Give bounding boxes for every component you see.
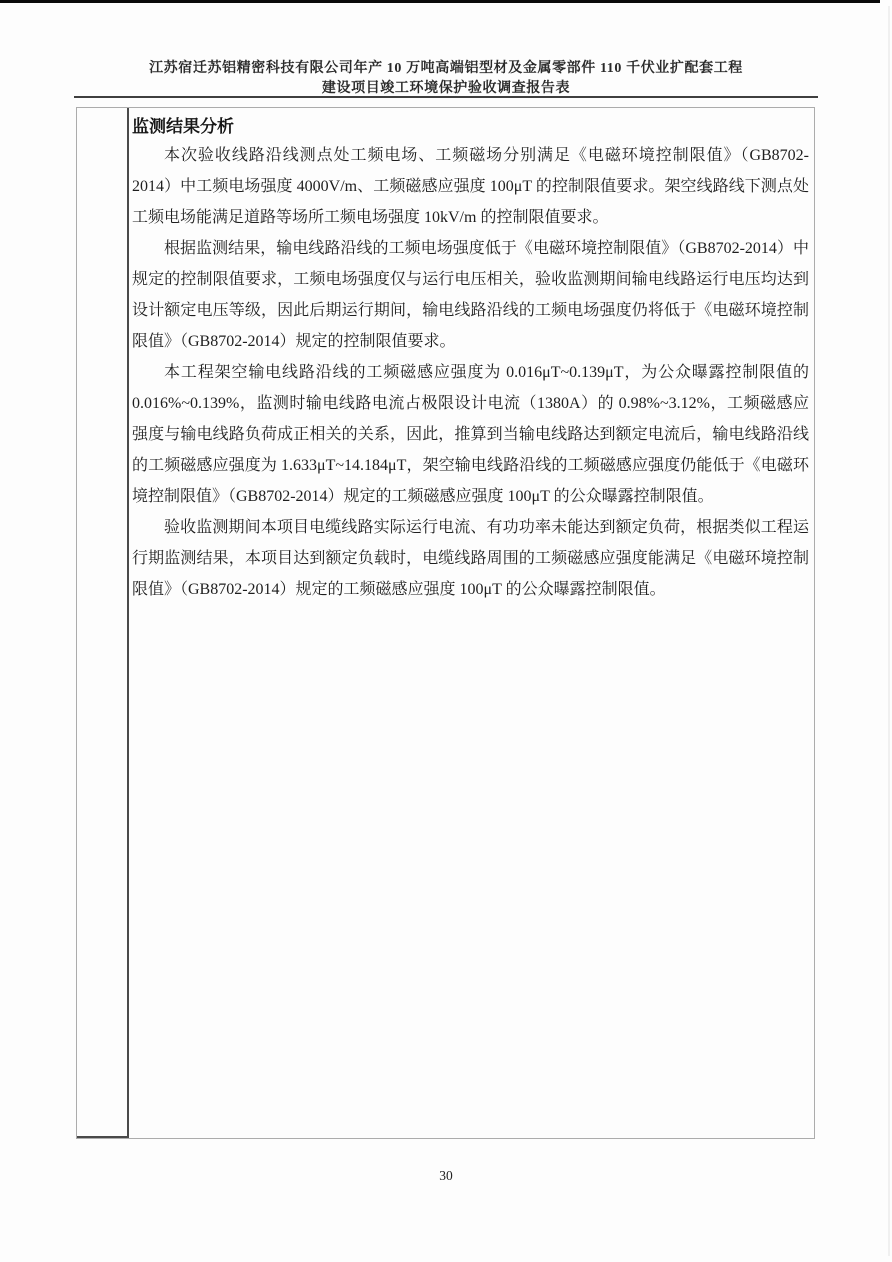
paragraph-electric-field-compliance: 本次验收线路沿线测点处工频电场、工频磁场分别满足《电磁环境控制限值》（GB870… bbox=[132, 140, 809, 233]
header-title-line1: 江苏宿迁苏铝精密科技有限公司年产 10 万吨高端铝型材及金属零部件 110 千伏… bbox=[0, 59, 892, 79]
document-header: 江苏宿迁苏铝精密科技有限公司年产 10 万吨高端铝型材及金属零部件 110 千伏… bbox=[0, 59, 892, 99]
header-divider-rule bbox=[74, 96, 818, 98]
section-heading: 监测结果分析 bbox=[132, 114, 809, 140]
page-number: 30 bbox=[0, 1168, 892, 1184]
document-page: 江苏宿迁苏铝精密科技有限公司年产 10 万吨高端铝型材及金属零部件 110 千伏… bbox=[0, 0, 892, 1262]
scan-artifact-right-edge bbox=[888, 6, 890, 1256]
paragraph-cable-line-rated-load: 验收监测期间本项目电缆线路实际运行电流、有功功率未能达到额定负荷，根据类似工程运… bbox=[132, 512, 809, 605]
report-table: 监测结果分析 本次验收线路沿线测点处工频电场、工频磁场分别满足《电磁环境控制限值… bbox=[76, 107, 815, 1139]
paragraph-magnetic-induction-overhead-line: 本工程架空输电线路沿线的工频磁感应强度为 0.016μT~0.139μT，为公众… bbox=[132, 357, 809, 512]
table-content-cell: 监测结果分析 本次验收线路沿线测点处工频电场、工频磁场分别满足《电磁环境控制限值… bbox=[129, 108, 814, 1138]
scan-artifact-top-bar bbox=[0, 0, 880, 3]
paragraph-monitoring-result-voltage: 根据监测结果，输电线路沿线的工频电场强度低于《电磁环境控制限值》（GB8702-… bbox=[132, 233, 809, 357]
table-left-label-column bbox=[77, 108, 129, 1138]
